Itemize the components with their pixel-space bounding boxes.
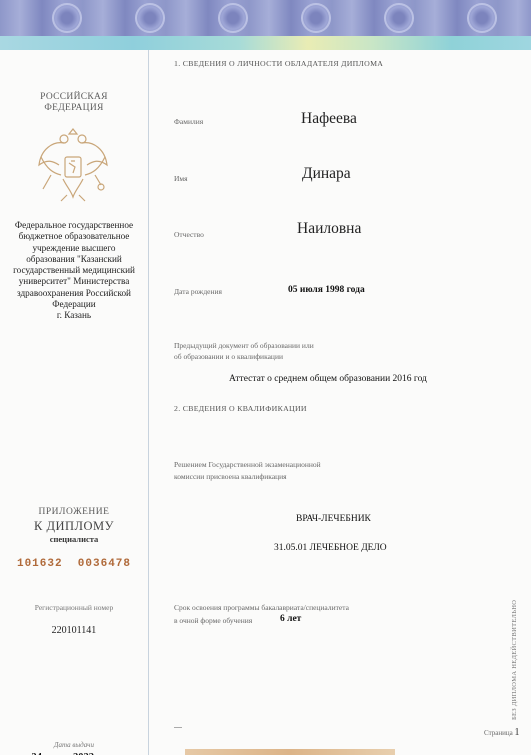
rainbow-security-stripe <box>0 36 531 50</box>
commission-decision-1: Решением Государственной экзаменационной <box>174 460 321 469</box>
rosette-icon <box>52 3 82 33</box>
diploma-type: специалиста <box>0 534 148 544</box>
surname-value: Нафеева <box>301 110 357 128</box>
patronymic-value: Наиловна <box>297 220 361 238</box>
birth-date-value: 05 июля 1998 года <box>288 285 365 295</box>
coat-of-arms-icon <box>33 125 113 205</box>
birth-date-label: Дата рождения <box>174 287 222 296</box>
annex-title: ПРИЛОЖЕНИЕ <box>0 507 148 517</box>
security-pattern-band <box>0 0 531 36</box>
annex-subtitle: К ДИПЛОМУ <box>0 519 148 534</box>
column-divider <box>148 50 149 755</box>
surname-label: Фамилия <box>174 117 203 126</box>
name-value: Динара <box>302 165 351 183</box>
section2-title: 2. СВЕДЕНИЯ О КВАЛИФИКАЦИИ <box>174 404 307 413</box>
footer-dash <box>174 727 182 728</box>
country-name: РОССИЙСКАЯ ФЕДЕРАЦИЯ <box>0 92 148 114</box>
issue-date-label: Дата выдачи <box>0 741 148 749</box>
page-indicator: Страница 1 <box>484 727 519 738</box>
study-duration-label-2: в очной форме обучения <box>174 616 252 625</box>
issuing-organization: Федеральное государственное бюджетное об… <box>0 220 148 322</box>
rosette-icon <box>218 3 248 33</box>
registration-number-label: Регистрационный номер <box>0 603 148 612</box>
patronymic-label: Отчество <box>174 230 204 239</box>
study-duration-value: 6 лет <box>280 614 301 624</box>
specialty-value: 31.05.01 ЛЕЧЕБНОЕ ДЕЛО <box>274 543 387 553</box>
registration-number: 220101141 <box>0 625 148 636</box>
validity-note: БЕЗ ДИПЛОМА НЕДЕЙСТВИТЕЛЬНО <box>511 560 523 720</box>
serial-number: 101632 0036478 <box>0 558 148 570</box>
rosette-icon <box>301 3 331 33</box>
commission-decision-2: комиссии присвоена квалификация <box>174 472 287 481</box>
rosette-icon <box>135 3 165 33</box>
rosette-icon <box>384 3 414 33</box>
qualification-value: ВРАЧ-ЛЕЧЕБНИК <box>296 514 371 524</box>
left-panel: РОССИЙСКАЯ ФЕДЕРАЦИЯ Федеральное государ… <box>0 50 148 755</box>
previous-document-value: Аттестат о среднем общем образовании 201… <box>229 374 427 384</box>
rosette-icon <box>467 3 497 33</box>
name-label: Имя <box>174 174 188 183</box>
study-duration-label-1: Срок освоения программы бакалавриата/спе… <box>174 603 349 612</box>
previous-document-label-2: об образовании и о квалификации <box>174 352 283 361</box>
next-page-edge <box>185 749 395 755</box>
previous-document-label-1: Предыдущий документ об образовании или <box>174 341 314 350</box>
section1-title: 1. СВЕДЕНИЯ О ЛИЧНОСТИ ОБЛАДАТЕЛЯ ДИПЛОМ… <box>174 59 383 68</box>
